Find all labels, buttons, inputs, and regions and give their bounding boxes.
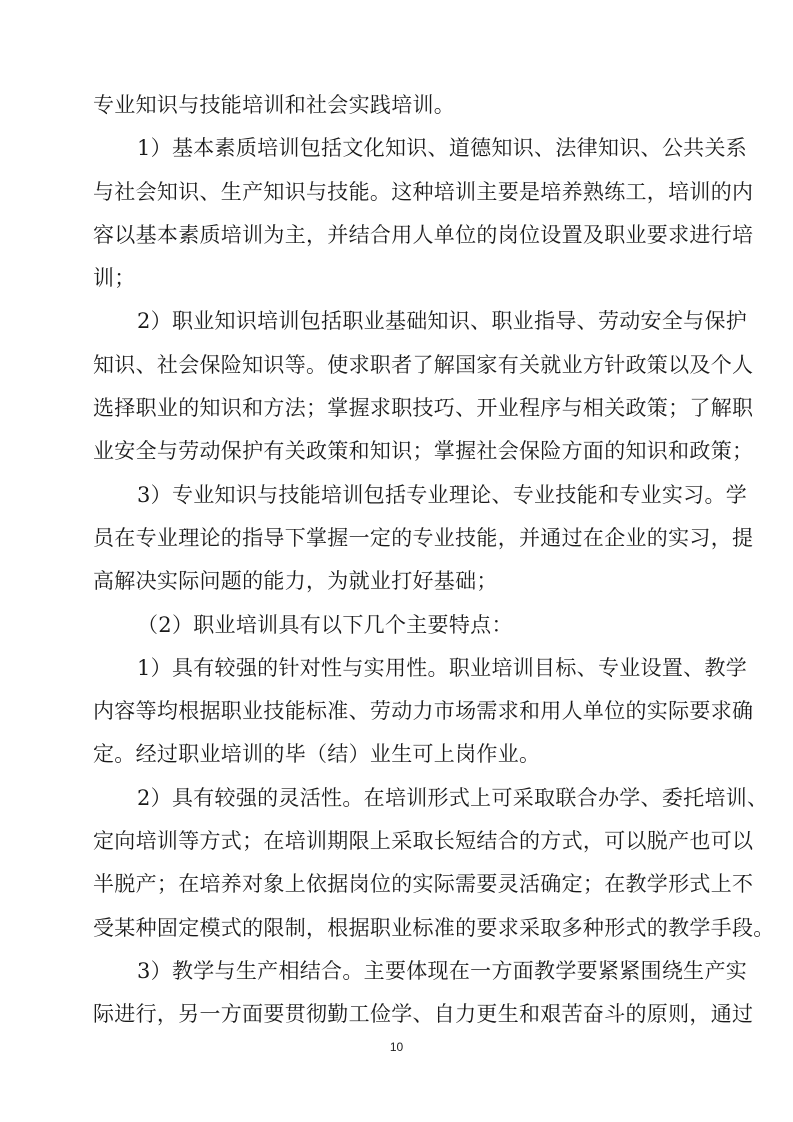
text-line: 1）基本素质培训包括文化知识、道德知识、法律知识、公共关系 [93, 127, 702, 170]
text-line: 专业知识与技能培训和社会实践培训。 [93, 84, 702, 127]
text-line: 2）具有较强的灵活性。在培训形式上可采取联合办学、委托培训、 [93, 777, 702, 820]
text-line: 定向培训等方式；在培训期限上采取长短结合的方式，可以脱产也可以 [93, 820, 702, 863]
text-line: 容以基本素质培训为主，并结合用人单位的岗位设置及职业要求进行培 [93, 214, 702, 257]
text-line: 半脱产；在培养对象上依据岗位的实际需要灵活确定；在教学形式上不 [93, 863, 702, 906]
text-line: 际进行，另一方面要贯彻勤工俭学、自力更生和艰苦奋斗的原则，通过 [93, 993, 702, 1036]
text-line: 与社会知识、生产知识与技能。这种培训主要是培养熟练工，培训的内 [93, 171, 702, 214]
text-line: 3）专业知识与技能培训包括专业理论、专业技能和专业实习。学 [93, 474, 702, 517]
text-line: 训； [93, 257, 702, 300]
text-line: 2）职业知识培训包括职业基础知识、职业指导、劳动安全与保护 [93, 300, 702, 343]
text-line: 高解决实际问题的能力，为就业打好基础； [93, 560, 702, 603]
text-line: 选择职业的知识和方法；掌握求职技巧、开业程序与相关政策；了解职 [93, 387, 702, 430]
text-line: 内容等均根据职业技能标准、劳动力市场需求和用人单位的实际要求确 [93, 690, 702, 733]
text-line: 3）教学与生产相结合。主要体现在一方面教学要紧紧围绕生产实 [93, 950, 702, 993]
text-line: 定。经过职业培训的毕（结）业生可上岗作业。 [93, 733, 702, 776]
text-line: 业安全与劳动保护有关政策和知识；掌握社会保险方面的知识和政策； [93, 430, 702, 473]
text-line: 受某种固定模式的限制，根据职业标准的要求采取多种形式的教学手段。 [93, 907, 702, 950]
text-line: 1）具有较强的针对性与实用性。职业培训目标、专业设置、教学 [93, 647, 702, 690]
page-number: 10 [0, 1040, 793, 1054]
text-line: 知识、社会保险知识等。使求职者了解国家有关就业方针政策以及个人 [93, 344, 702, 387]
text-line: 员在专业理论的指导下掌握一定的专业技能，并通过在企业的实习，提 [93, 517, 702, 560]
document-page: 专业知识与技能培训和社会实践培训。 1）基本素质培训包括文化知识、道德知识、法律… [93, 84, 702, 1037]
text-line: （2）职业培训具有以下几个主要特点： [93, 604, 702, 647]
